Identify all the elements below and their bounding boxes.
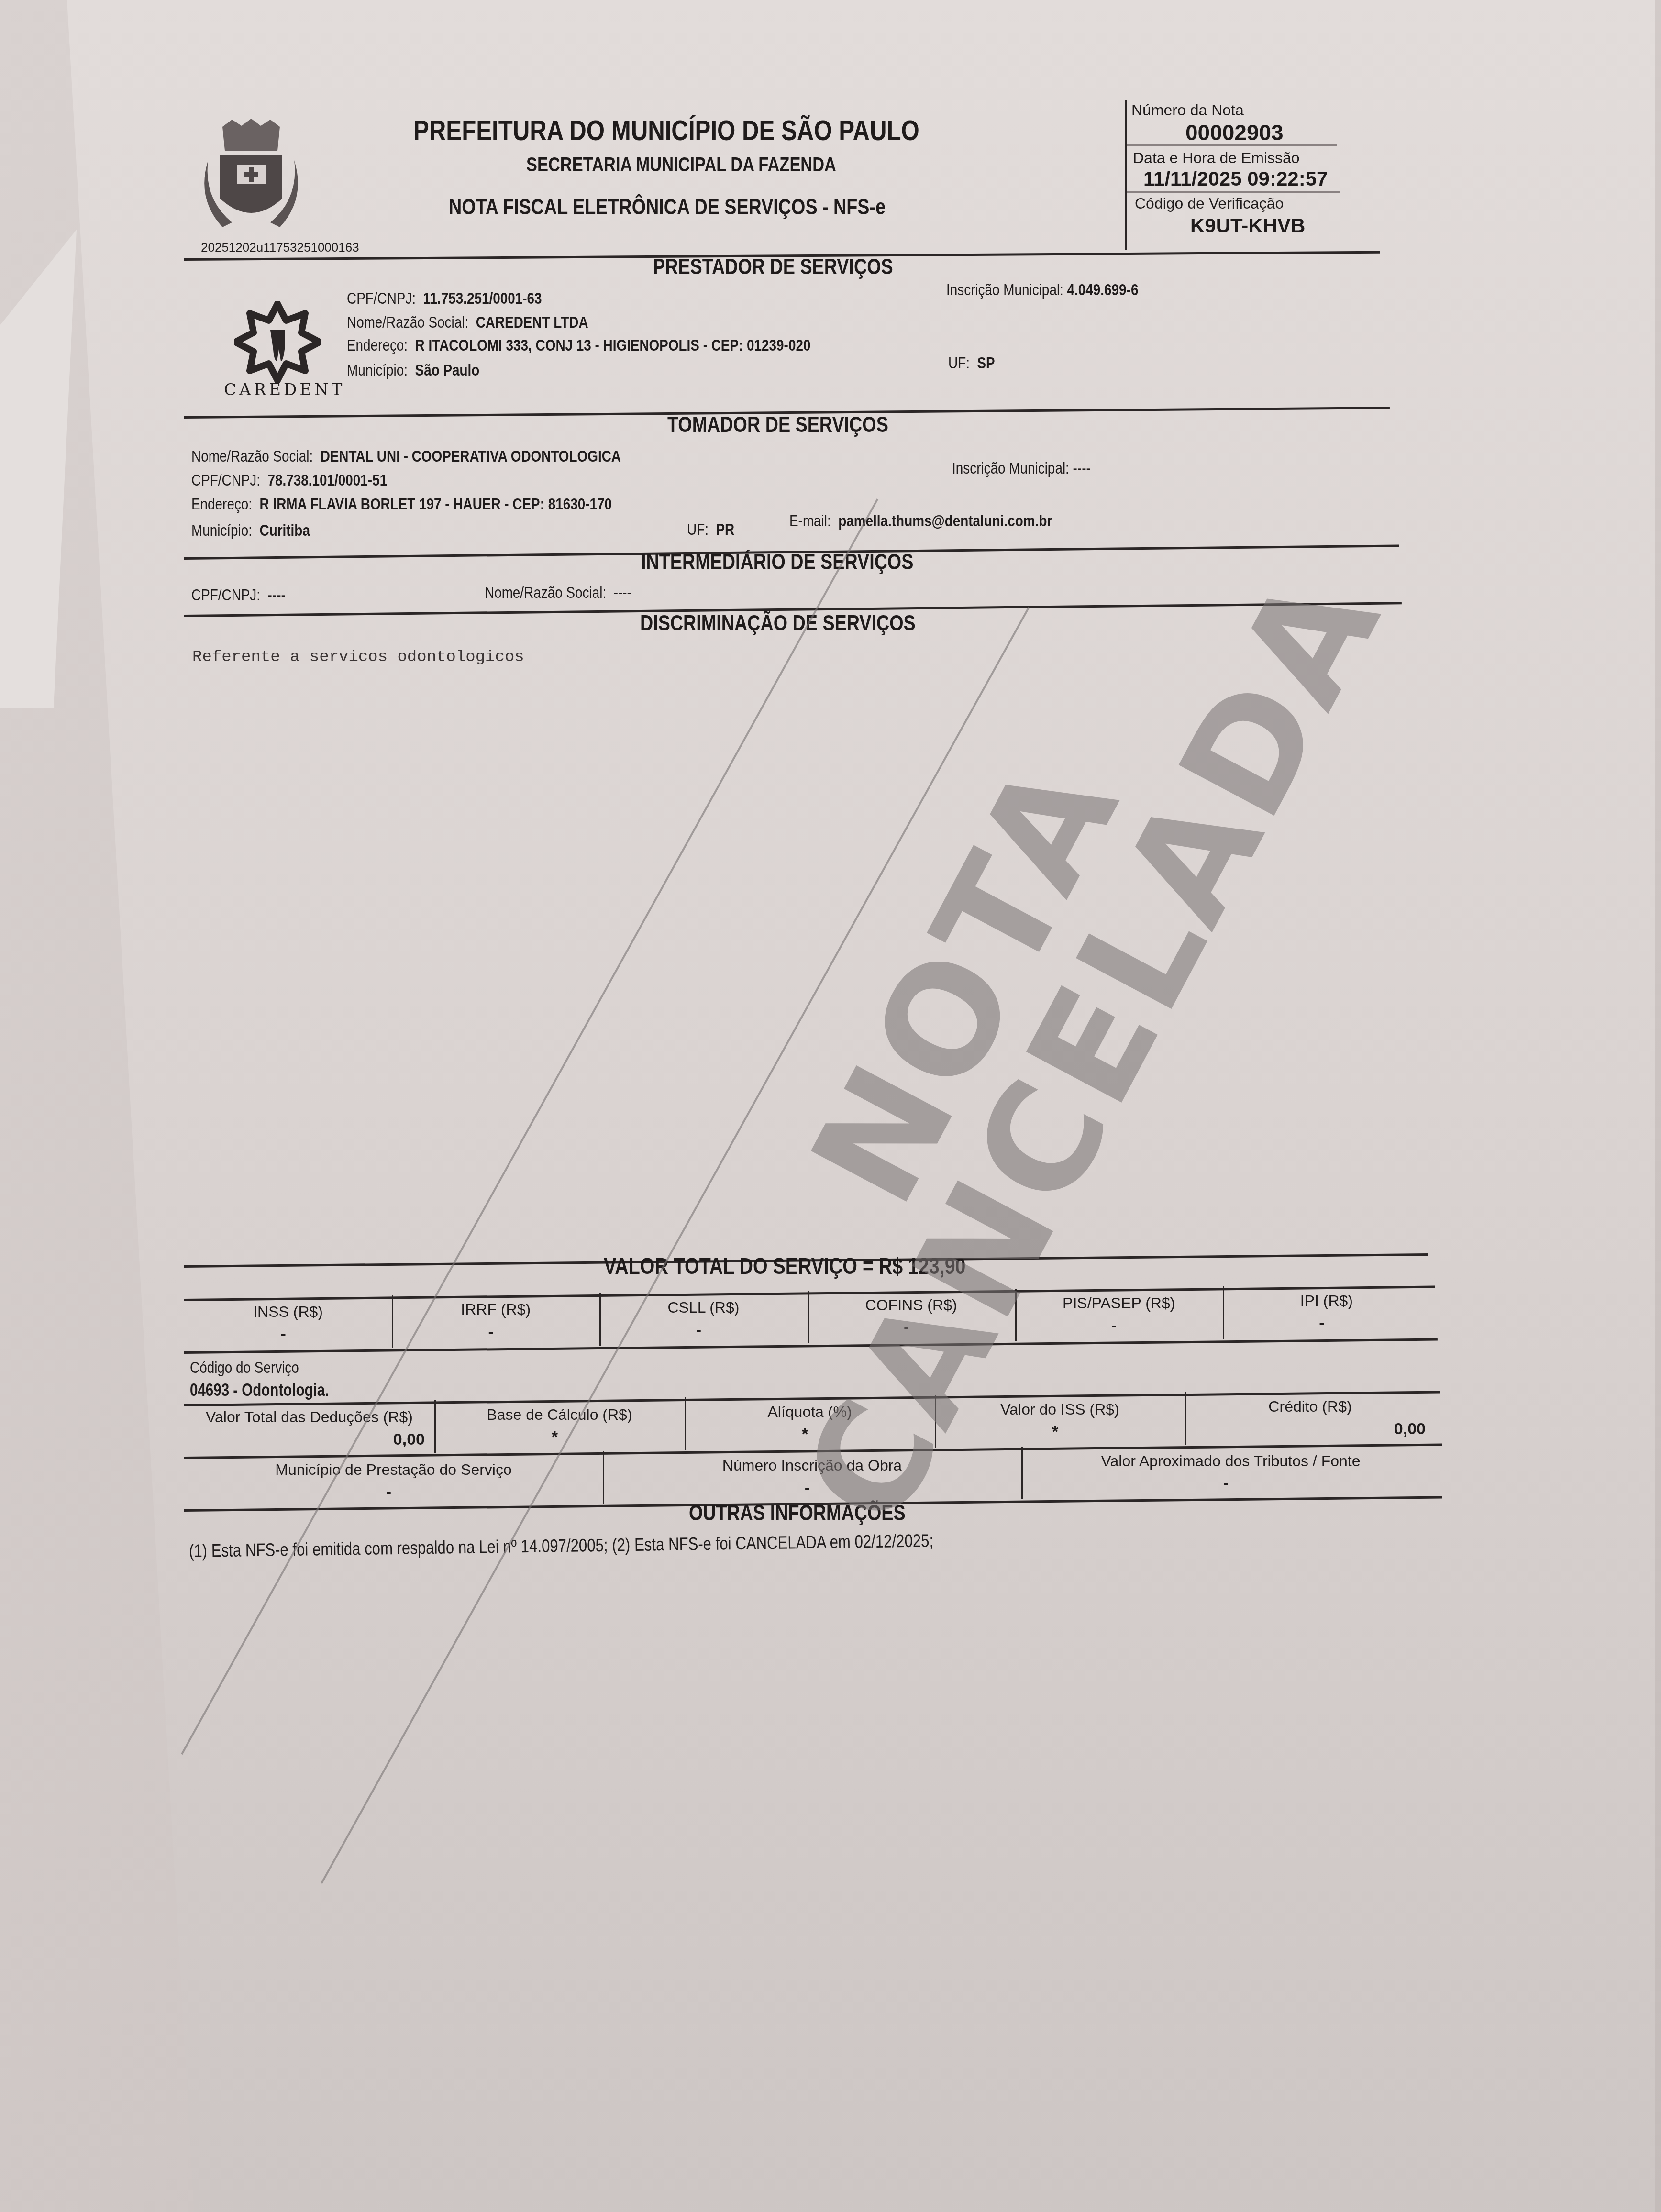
cell-label: Município de Prestação do Serviço <box>184 1461 603 1479</box>
caredent-logo-text: CAREDENT <box>224 380 345 399</box>
prestador-cnpj: CPF/CNPJ: 11.753.251/0001-63 <box>347 289 585 308</box>
cell-label: Crédito (R$) <box>1185 1398 1435 1416</box>
header-doc-type: NOTA FISCAL ELETRÔNICA DE SERVIÇOS - NFS… <box>449 194 981 220</box>
divider <box>1127 144 1337 146</box>
header-subtitle: SECRETARIA MUNICIPAL DA FAZENDA <box>526 153 904 176</box>
note-number: 00002903 <box>1185 120 1284 145</box>
tomador-email: E-mail: pamella.thums@dentaluni.com.br <box>789 512 1110 531</box>
emission-datetime: 11/11/2025 09:22:57 <box>1143 167 1328 190</box>
prestador-city: Município: São Paulo <box>347 361 509 380</box>
cell-value: - <box>184 1483 593 1502</box>
intermediario-cnpj: CPF/CNPJ: ---- <box>191 586 306 605</box>
cell-value: - <box>1021 1474 1430 1493</box>
note-info-divider <box>1125 100 1127 250</box>
verification-code-label: Código de Verificação <box>1135 195 1284 212</box>
prestador-section-title: PRESTADOR DE SERVIÇOS <box>653 254 946 279</box>
cell-label: IPI (R$) <box>1223 1292 1430 1310</box>
prestador-name: Nome/Razão Social: CAREDENT LTDA <box>347 313 641 332</box>
intermediario-name: Nome/Razão Social: ---- <box>485 584 664 602</box>
caredent-logo-icon <box>234 301 321 383</box>
control-code: 20251202u11753251000163 <box>201 240 359 255</box>
tomador-address: Endereço: R IRMA FLAVIA BORLET 197 - HAU… <box>191 495 704 514</box>
service-code-label: Código do Serviço <box>190 1359 323 1377</box>
cell-label: Valor Aproximado dos Tributos / Fonte <box>1021 1452 1440 1470</box>
cell-label: Base de Cálculo (R$) <box>434 1406 685 1424</box>
prestador-uf: UF: SP <box>948 354 1005 373</box>
note-number-label: Número da Nota <box>1131 101 1244 119</box>
service-code-value: 04693 - Odontologia. <box>190 1380 359 1400</box>
tomador-cnpj: CPF/CNPJ: 78.738.101/0001-51 <box>191 471 430 490</box>
tomador-uf: UF: PR <box>687 520 745 539</box>
header-title: PREFEITURA DO MUNICÍPIO DE SÃO PAULO <box>413 114 1030 147</box>
cell-label: INSS (R$) <box>184 1303 392 1321</box>
service-description: Referente a servicos odontologicos <box>192 648 524 666</box>
divider <box>1127 191 1340 193</box>
tomador-name: Nome/Razão Social: DENTAL UNI - COOPERAT… <box>191 447 715 466</box>
prestador-im: Inscrição Municipal: 4.049.699-6 <box>946 281 1181 299</box>
cancelled-watermark: NOTA CANCELADA <box>588 355 1344 1605</box>
verification-code: K9UT-KHVB <box>1190 214 1305 237</box>
cell-label: Valor Total das Deduções (R$) <box>184 1408 434 1426</box>
cell-value: - <box>1223 1314 1421 1333</box>
prestador-address: Endereço: R ITACOLOMI 333, CONJ 13 - HIG… <box>347 336 912 355</box>
cell-value: - <box>392 1323 590 1341</box>
emission-datetime-label: Data e Hora de Emissão <box>1133 149 1300 167</box>
cell-value: 0,00 <box>1185 1420 1426 1438</box>
cell-value: - <box>184 1325 382 1344</box>
tomador-im: Inscrição Municipal: ---- <box>952 459 1121 478</box>
watermark-border-line <box>181 498 878 1755</box>
tomador-city: Município: Curitiba <box>191 521 336 540</box>
coat-of-arms-icon <box>203 117 299 237</box>
intermediario-section-title: INTERMEDIÁRIO DE SERVIÇOS <box>641 549 973 575</box>
cell-value: 0,00 <box>184 1430 425 1449</box>
tomador-section-title: TOMADOR DE SERVIÇOS <box>667 411 937 437</box>
nfse-document: 20251202u11753251000163 PREFEITURA DO MU… <box>0 0 1661 2212</box>
